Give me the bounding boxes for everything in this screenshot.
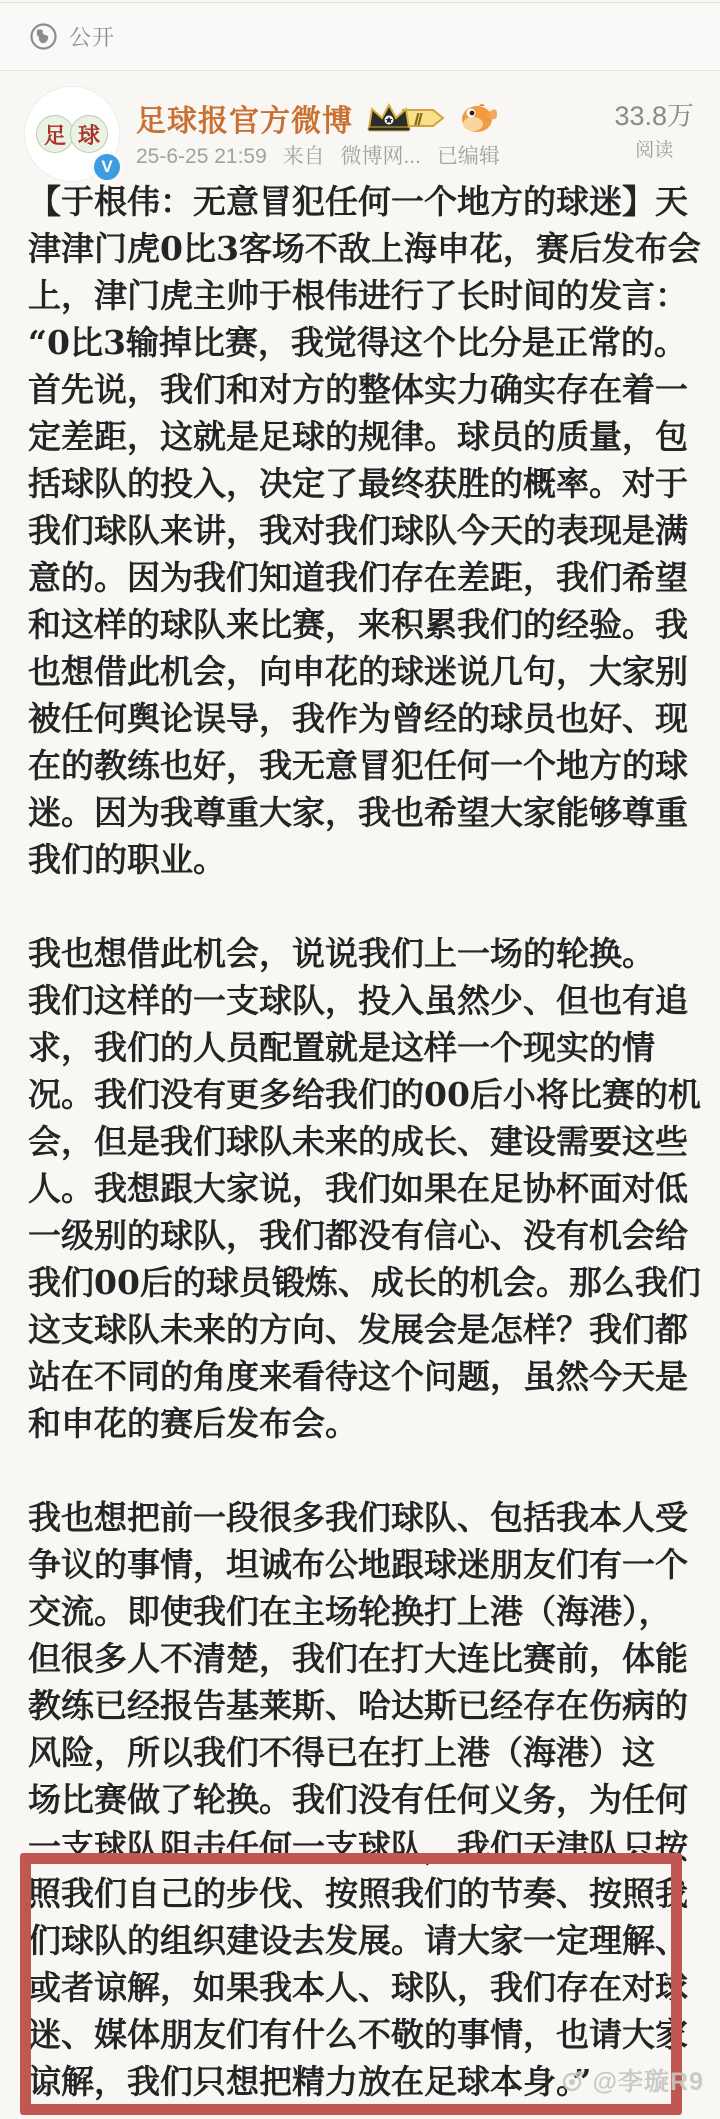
text-line: 我也想把前一段很多我们球队、包括我本人受 bbox=[28, 1494, 696, 1541]
screenshot-root: 公开 足 球 V 足球报官方微博 Ⅱ bbox=[0, 0, 720, 2119]
paragraph: 我也想把前一段很多我们球队、包括我本人受争议的事情，坦诚布公地跟球迷朋友们有一个… bbox=[28, 1494, 696, 2105]
reads-count: 33.8万 bbox=[614, 94, 694, 133]
text-line: 人。我想跟大家说，我们如果在足协杯面对低 bbox=[28, 1165, 696, 1212]
text-line: 争议的事情，坦诚布公地跟球迷朋友们有一个 bbox=[28, 1541, 696, 1588]
text-line: 和这样的球队来比赛，来积累我们的经验。我 bbox=[28, 601, 696, 648]
post-body: 【于根伟：无意冒犯任何一个地方的球迷】天津津门虎0比3客场不敌上海申花，赛后发布… bbox=[28, 178, 696, 2105]
text-line: 被任何舆论误导，我作为曾经的球员也好、现 bbox=[28, 695, 696, 742]
text-line: 求，我们的人员配置就是这样一个现实的情 bbox=[28, 1024, 696, 1071]
visibility-bar: 公开 bbox=[0, 3, 720, 71]
text-line: 这支球队未来的方向、发展会是怎样？我们都 bbox=[28, 1306, 696, 1353]
text-line: 我们这样的一支球队，投入虽然少、但也有追 bbox=[28, 977, 696, 1024]
text-line: 在的教练也好，我无意冒犯任何一个地方的球 bbox=[28, 742, 696, 789]
visibility-label: 公开 bbox=[69, 21, 115, 52]
text-line: “0比3输掉比赛，我觉得这个比分是正常的。 bbox=[28, 319, 696, 366]
text-line: 定差距，这就是足球的规律。球员的质量，包 bbox=[28, 413, 696, 460]
text-line: 也想借此机会，向申花的球迷说几句，大家别 bbox=[28, 648, 696, 695]
paragraph: 我也想借此机会，说说我们上一场的轮换。我们这样的一支球队，投入虽然少、但也有追求… bbox=[28, 930, 696, 1447]
text-line: 我们00后的球员锻炼、成长的机会。那么我们 bbox=[28, 1259, 696, 1306]
from-label: 来自 bbox=[283, 145, 325, 168]
source-link[interactable]: 微博网... bbox=[340, 145, 421, 168]
text-line: 况。我们没有更多给我们的00后小将比赛的机 bbox=[28, 1071, 696, 1118]
watermark: @李璇R9 bbox=[561, 2062, 704, 2098]
text-line: 会，但是我们球队未来的成长、建设需要这些 bbox=[28, 1118, 696, 1165]
text-line: 一支球队阻击任何一支球队，我们天津队只按 bbox=[28, 1823, 696, 1870]
watermark-handle: @李璇R9 bbox=[593, 2062, 704, 2098]
text-line: 站在不同的角度来看待这个问题，虽然今天是 bbox=[28, 1353, 696, 1400]
text-line: 我们球队来讲，我对我们球队今天的表现是满 bbox=[28, 507, 696, 554]
text-line: 津津门虎0比3客场不敌上海申花，赛后发布会 bbox=[28, 225, 696, 272]
text-line: 上，津门虎主帅于根伟进行了长时间的发言： bbox=[28, 272, 696, 319]
avatar-logo-left: 足 bbox=[36, 115, 74, 153]
crown-vip-badge-icon[interactable]: Ⅱ bbox=[363, 100, 451, 136]
timestamp: 25-6-25 21:59 bbox=[136, 145, 267, 168]
avatar-logo-right: 球 bbox=[70, 115, 108, 153]
text-line: 但很多人不清楚，我们在打大连比赛前，体能 bbox=[28, 1635, 696, 1682]
text-line: 首先说，我们和对方的整体实力确实存在着一 bbox=[28, 366, 696, 413]
text-line: 们球队的组织建设去发展。请大家一定理解、 bbox=[28, 1917, 696, 1964]
text-line: 照我们自己的步伐、按照我们的节奏、按照我 bbox=[28, 1870, 696, 1917]
text-line: 我们的职业。 bbox=[28, 836, 696, 883]
camera-watermark-icon bbox=[561, 2067, 587, 2093]
edited-label[interactable]: 已编辑 bbox=[437, 145, 500, 168]
author-name[interactable]: 足球报官方微博 bbox=[136, 96, 353, 140]
avatar[interactable]: 足 球 V bbox=[24, 86, 120, 182]
paragraph: 【于根伟：无意冒犯任何一个地方的球迷】天津津门虎0比3客场不敌上海申花，赛后发布… bbox=[28, 178, 696, 883]
text-line: 迷。因为我尊重大家，我也希望大家能够尊重 bbox=[28, 789, 696, 836]
reads-label: 阅读 bbox=[614, 135, 694, 162]
text-line: 一级别的球队，我们都没有信心、没有机会给 bbox=[28, 1212, 696, 1259]
text-line: 和申花的赛后发布会。 bbox=[28, 1400, 696, 1447]
text-line: 【于根伟：无意冒犯任何一个地方的球迷】天 bbox=[28, 178, 696, 225]
post-meta: 25-6-25 21:59 来自 微博网... 已编辑 bbox=[136, 140, 510, 170]
author-row: 足球报官方微博 Ⅱ bbox=[136, 96, 499, 140]
text-line: 括球队的投入，决定了最终获胜的概率。对于 bbox=[28, 460, 696, 507]
read-stats: 33.8万 阅读 bbox=[614, 94, 694, 162]
text-line: 交流。即使我们在主场轮换打上港（海港）， bbox=[28, 1588, 696, 1635]
globe-icon bbox=[30, 23, 57, 50]
fish-pet-badge-icon[interactable] bbox=[459, 100, 499, 136]
text-line: 迷、媒体朋友们有什么不敬的事情，也请大家 bbox=[28, 2011, 696, 2058]
text-line: 或者谅解，如果我本人、球队，我们存在对球 bbox=[28, 1964, 696, 2011]
text-line: 风险，所以我们不得已在打上港（海港）这 bbox=[28, 1729, 696, 1776]
text-line: 我也想借此机会，说说我们上一场的轮换。 bbox=[28, 930, 696, 977]
text-line: 场比赛做了轮换。我们没有任何义务，为任何 bbox=[28, 1776, 696, 1823]
text-line: 意的。因为我们知道我们存在差距，我们希望 bbox=[28, 554, 696, 601]
text-line: 教练已经报告基莱斯、哈达斯已经存在伤病的 bbox=[28, 1682, 696, 1729]
